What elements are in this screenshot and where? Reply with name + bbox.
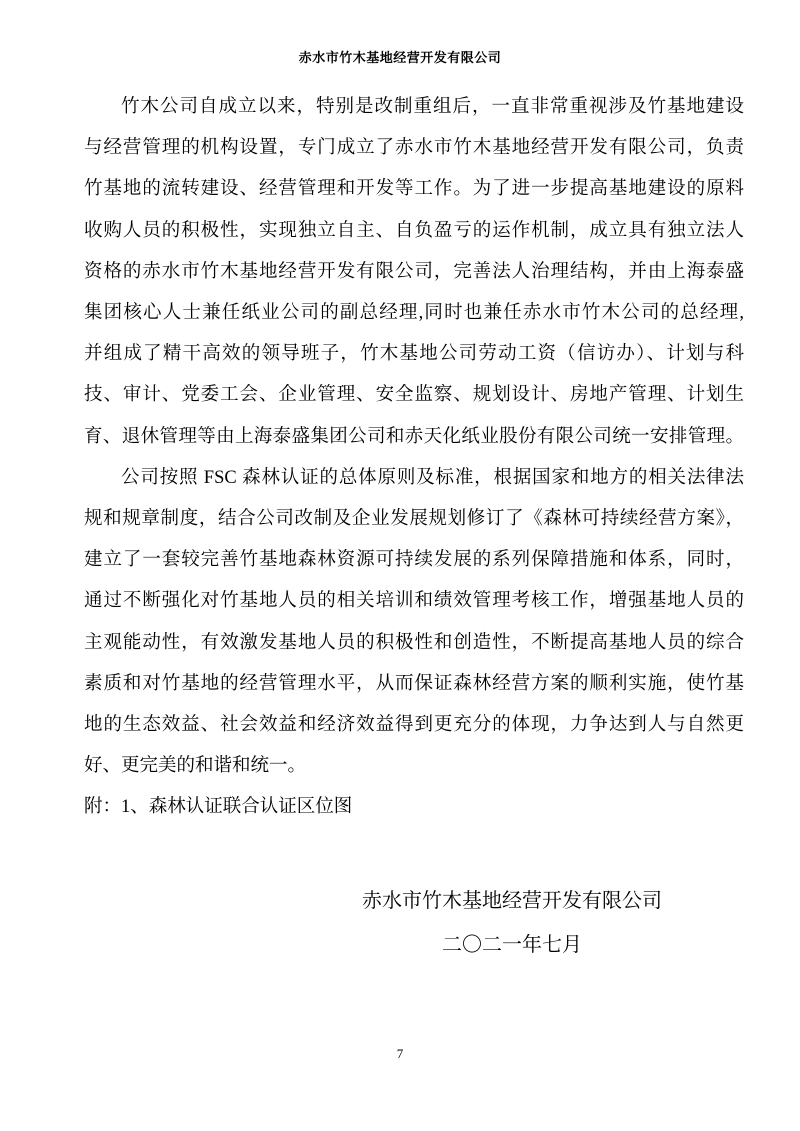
paragraph-line: 建立了一套较完善竹基地森林资源可持续发展的系列保障措施和体系，同时，: [84, 540, 744, 581]
paragraph: 竹木公司自成立以来，特别是改制重组后，一直非常重视涉及竹基地建设与经营管理的机构…: [84, 87, 744, 458]
paragraph-line: 与经营管理的机构设置，专门成立了赤水市竹木基地经营开发有限公司，负责: [84, 128, 744, 169]
attachment-line: 附：1、森林认证联合认证区位图: [84, 787, 744, 828]
paragraph-line: 技、审计、党委工会、企业管理、安全监察、规划设计、房地产管理、计划生: [84, 375, 744, 416]
page-number: 7: [0, 1044, 800, 1064]
paragraph: 公司按照 FSC 森林认证的总体原则及标准，根据国家和地方的相关法律法规和规章制…: [84, 458, 744, 788]
paragraph-line: 公司按照 FSC 森林认证的总体原则及标准，根据国家和地方的相关法律法: [84, 458, 744, 499]
paragraph-line: 地的生态效益、社会效益和经济效益得到更充分的体现，力争达到人与自然更: [84, 705, 744, 746]
signature-company: 赤水市竹木基地经营开发有限公司: [112, 879, 800, 923]
page-header-title: 赤水市竹木基地经营开发有限公司: [0, 50, 800, 66]
document-page: 赤水市竹木基地经营开发有限公司 竹木公司自成立以来，特别是改制重组后，一直非常重…: [0, 0, 800, 1131]
paragraph-line: 育、退休管理等由上海泰盛集团公司和赤天化纸业股份有限公司统一安排管理。: [84, 417, 744, 458]
paragraph-line: 素质和对竹基地的经营管理水平，从而保证森林经营方案的顺利实施，使竹基: [84, 664, 744, 705]
paragraph-line: 集团核心人士兼任纸业公司的副总经理,同时也兼任赤水市竹木公司的总经理,: [84, 293, 744, 334]
paragraph-line: 规和规章制度，结合公司改制及企业发展规划修订了《森林可持续经营方案》，: [84, 499, 744, 540]
body-paragraphs: 竹木公司自成立以来，特别是改制重组后，一直非常重视涉及竹基地建设与经营管理的机构…: [84, 87, 744, 829]
signature-block: 赤水市竹木基地经营开发有限公司 二〇二一年七月: [112, 879, 800, 967]
paragraph-line: 并组成了精干高效的领导班子，竹木基地公司劳动工资（信访办）、计划与科: [84, 334, 744, 375]
paragraph-line: 资格的赤水市竹木基地经营开发有限公司，完善法人治理结构，并由上海泰盛: [84, 252, 744, 293]
paragraph-line: 竹木公司自成立以来，特别是改制重组后，一直非常重视涉及竹基地建设: [84, 87, 744, 128]
paragraph-line: 好、更完美的和谐和统一。: [84, 746, 744, 787]
paragraph-line: 竹基地的流转建设、经营管理和开发等工作。为了进一步提高基地建设的原料: [84, 169, 744, 210]
paragraph-line: 主观能动性，有效激发基地人员的积极性和创造性，不断提高基地人员的综合: [84, 623, 744, 664]
paragraph-line: 收购人员的积极性，实现独立自主、自负盈亏的运作机制，成立具有独立法人: [84, 211, 744, 252]
signature-date: 二〇二一年七月: [112, 923, 800, 967]
paragraph-line: 通过不断强化对竹基地人员的相关培训和绩效管理考核工作，增强基地人员的: [84, 581, 744, 622]
